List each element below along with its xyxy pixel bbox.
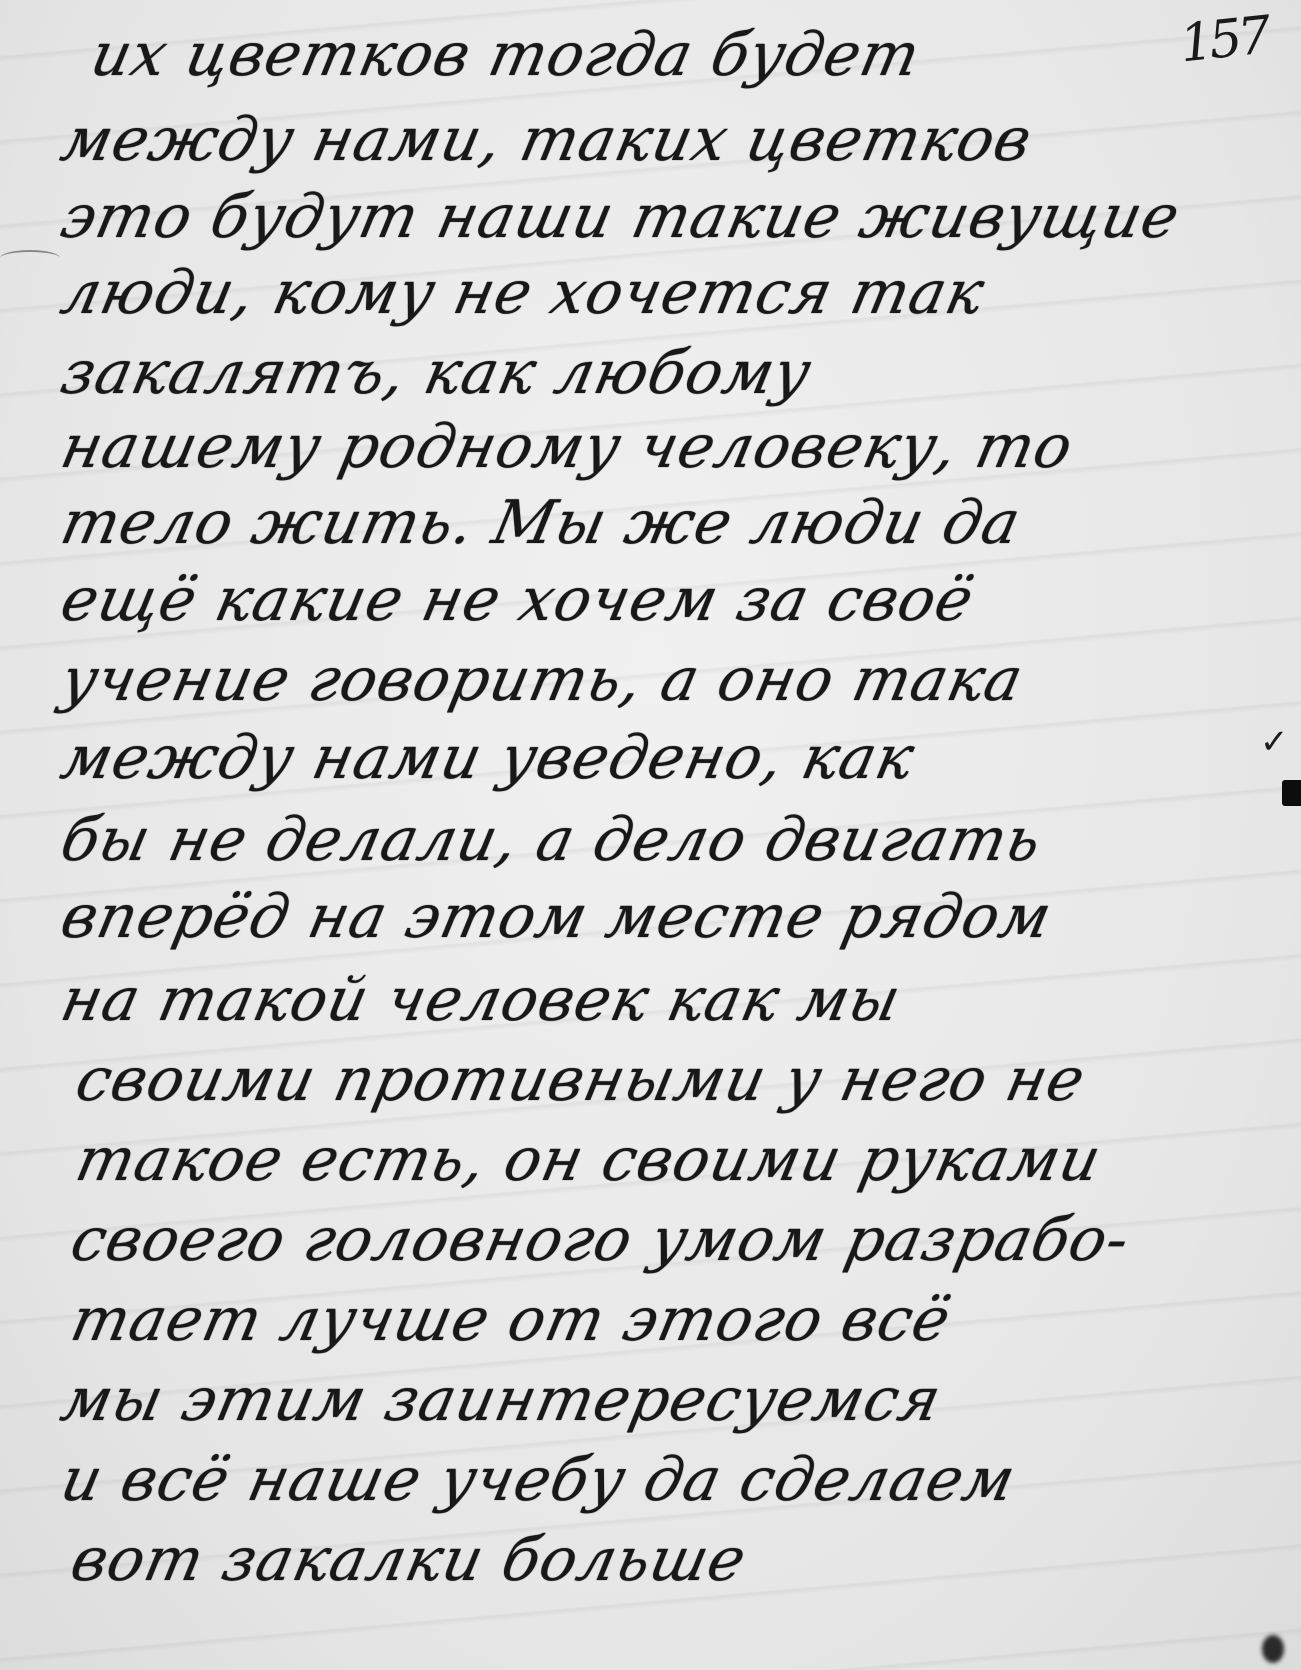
- text-line: на такой человек как мы: [55, 965, 907, 1035]
- text-line: и всё наше учебу да сделаем: [55, 1445, 1022, 1515]
- text-line: нашему родному человеку, то: [55, 412, 1079, 482]
- text-line: ещё какие не хочем за своё: [55, 565, 980, 635]
- check-mark-icon: ✓: [1260, 722, 1289, 762]
- margin-stroke: [0, 250, 60, 266]
- text-line: это будут наши такие живущие: [55, 182, 1186, 252]
- scan-edge-dot: [1262, 1635, 1284, 1663]
- text-line: своими противными у него не: [70, 1045, 1092, 1115]
- text-line: мы этим заинтересуемся: [55, 1365, 948, 1435]
- text-line: между нами уведено, как: [55, 723, 921, 793]
- text-line: вот закалки больше: [65, 1525, 753, 1595]
- text-line: бы не делали, а дело двигать: [55, 805, 1048, 875]
- text-line: вперёд на этом месте рядом: [55, 882, 1058, 952]
- text-line: тает лучше от этого всё: [65, 1285, 957, 1355]
- text-line: своего головного умом разрабо-: [65, 1205, 1136, 1275]
- text-line: учение говорить, а оно така: [55, 645, 1029, 715]
- text-line: люди, кому не хочется так: [55, 258, 991, 328]
- scan-edge-mark: [1282, 780, 1301, 806]
- manuscript-page: 157 их цветков тогда будет между нами, т…: [0, 0, 1301, 1670]
- text-line: закалятъ, как любому: [55, 338, 818, 408]
- text-line: такое есть, он своими руками: [70, 1125, 1108, 1195]
- text-line: тело жить. Мы же люди да: [55, 488, 1027, 558]
- page-number: 157: [1177, 6, 1270, 75]
- text-line: их цветков тогда будет: [85, 20, 927, 90]
- text-line: между нами, таких цветков: [55, 105, 1038, 175]
